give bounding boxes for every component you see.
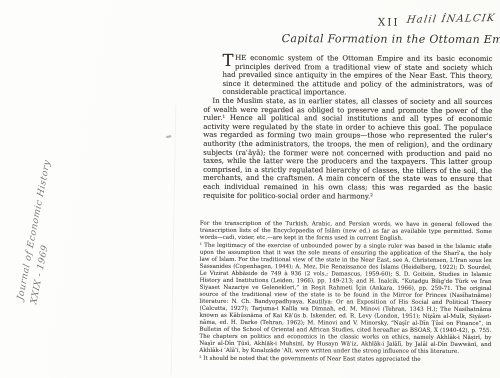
body-paragraph-1: THE economic system of the Ottoman Empir… [222, 54, 492, 98]
scanned-page: XII Halil İNALCIK Capital Formation in t… [0, 0, 500, 378]
footnote-block: For the transcription of the Turkish, Ar… [199, 221, 492, 364]
footnote-2: ² It should be noted that the government… [199, 356, 491, 364]
footnote-preamble: For the transcription of the Turkish, Ar… [200, 221, 492, 243]
handwritten-author-name: Halil İNALCIK [406, 13, 496, 26]
article-body: THE economic system of the Ottoman Empir… [203, 54, 493, 201]
drop-cap: T [223, 54, 236, 68]
body-paragraph-1-text: HE economic system of the Ottoman Empire… [222, 54, 492, 97]
page-title: Capital Formation in the Ottoman Empire [282, 32, 494, 46]
scan-background: Journal of Economic History XXIX - 1969 … [0, 0, 500, 378]
footnote-1: ¹ The legitimacy of the exercise of unbo… [199, 243, 491, 356]
scan-artifact-dash [166, 135, 171, 137]
body-paragraph-2: In the Muslim state, as in earlier state… [203, 97, 492, 201]
chapter-number: XII [378, 17, 400, 29]
